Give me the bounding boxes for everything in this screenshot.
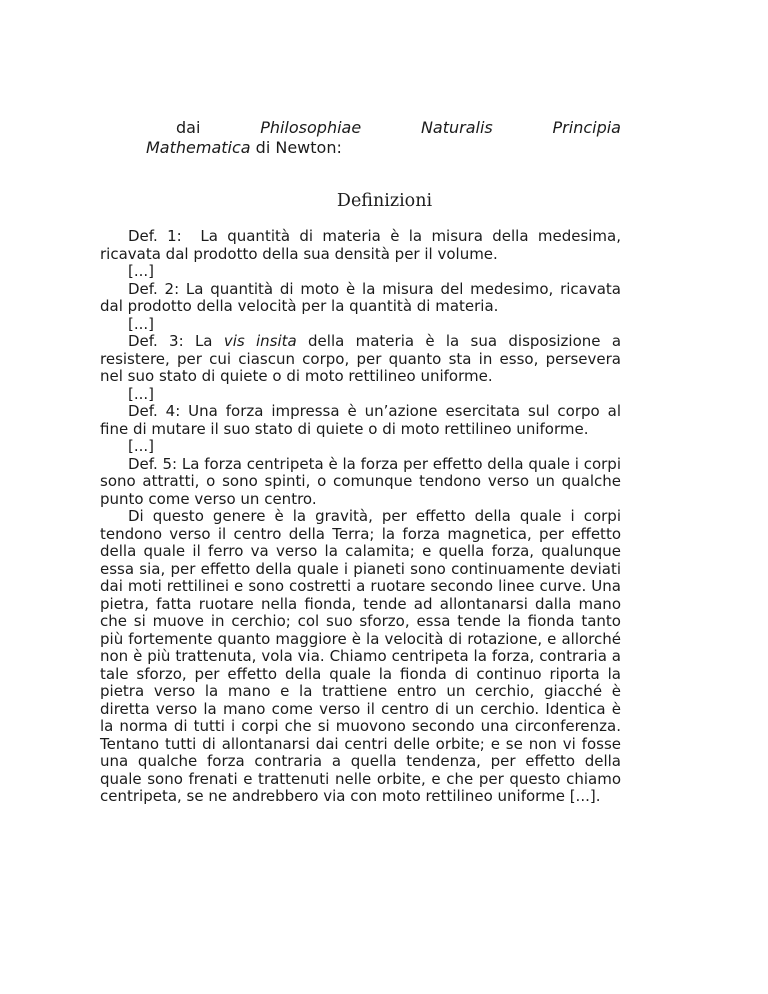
paragraph: Def. 2: La quantità di moto è la misura … (100, 281, 621, 316)
text-run: Di questo genere è la gravità, per effet… (100, 507, 621, 805)
text-run: [...] (128, 315, 154, 333)
text-run: [...] (128, 385, 154, 403)
paragraph: [...] (100, 316, 621, 334)
paragraph: [...] (100, 386, 621, 404)
intro-paragraph: dai Philosophiae Naturalis PrincipiaMath… (146, 118, 621, 157)
intro-line: dai Philosophiae Naturalis Principia (146, 118, 621, 138)
paragraph: [...] (100, 263, 621, 281)
definitions-body: Def. 1: La quantità di materia è la misu… (100, 228, 621, 806)
intro-line: Mathematica di Newton: (146, 138, 621, 158)
text-run: [...] (128, 262, 154, 280)
text-column: dai Philosophiae Naturalis PrincipiaMath… (100, 118, 621, 806)
paragraph: Def. 3: La vis insita della materia è la… (100, 333, 621, 386)
text-run: di Newton: (251, 138, 342, 157)
paragraph: Def. 5: La forza centripeta è la forza p… (100, 456, 621, 509)
paragraph: Di questo genere è la gravità, per effet… (100, 508, 621, 806)
text-run: Philosophiae Naturalis Principia (260, 118, 621, 137)
text-run: vis insita (224, 332, 297, 350)
paragraph: Def. 1: La quantità di materia è la misu… (100, 228, 621, 263)
text-run: Def. 2: La quantità di moto è la misura … (100, 280, 621, 316)
text-run: Def. 4: Una forza impressa è un’azione e… (100, 402, 621, 438)
text-run: dai (176, 118, 260, 137)
text-run: Def. 5: La forza centripeta è la forza p… (100, 455, 621, 508)
text-run: Def. 3: La (128, 332, 224, 350)
section-heading: Definizioni (124, 190, 645, 212)
paragraph: [...] (100, 438, 621, 456)
document-page: dai Philosophiae Naturalis PrincipiaMath… (0, 0, 768, 994)
paragraph: Def. 4: Una forza impressa è un’azione e… (100, 403, 621, 438)
text-run: [...] (128, 437, 154, 455)
text-run: Mathematica (146, 138, 251, 157)
text-run: Def. 1: La quantità di materia è la misu… (100, 227, 621, 263)
